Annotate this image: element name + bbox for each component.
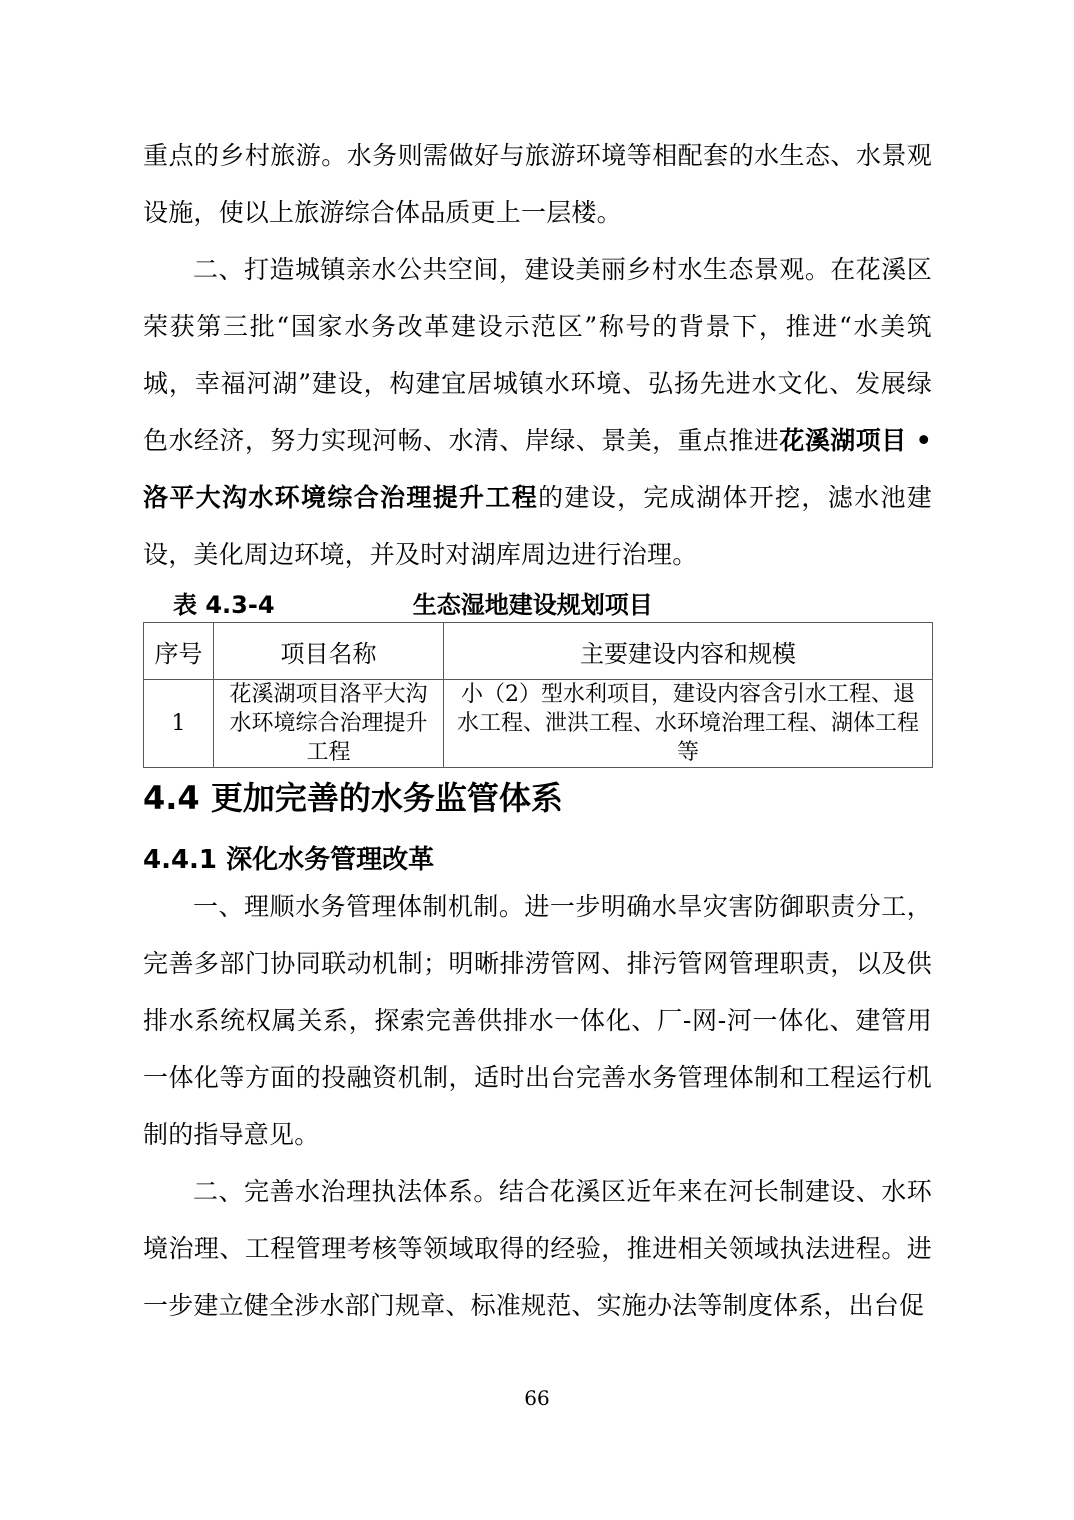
table-row: 1 花溪湖项目洛平大沟水环境综合治理提升工程 小（2）型水利项目，建设内容含引水…	[144, 680, 933, 768]
paragraph-2: 二、打造城镇亲水公共空间，建设美丽乡村水生态景观。在花溪区荣获第三批“国家水务改…	[143, 241, 932, 583]
paragraph-2-text-pre: 二、打造城镇亲水公共空间，建设美丽乡村水生态景观。在花溪区荣获第三批“国家水务改…	[143, 255, 932, 455]
col-header-project-name: 项目名称	[214, 623, 444, 680]
table-caption-title: 生态湿地建设规划项目	[413, 590, 653, 620]
page-content: 重点的乡村旅游。水务则需做好与旅游环境等相配套的水生态、水景观设施，使以上旅游综…	[143, 127, 932, 1334]
paragraph-4: 二、完善水治理执法体系。结合花溪区近年来在河长制建设、水环境治理、工程管理考核等…	[143, 1163, 932, 1334]
planning-projects-table: 序号 项目名称 主要建设内容和规模 1 花溪湖项目洛平大沟水环境综合治理提升工程…	[143, 622, 933, 768]
section-heading-4-4: 4.4 更加完善的水务监管体系	[143, 776, 932, 820]
cell-serial: 1	[144, 680, 214, 768]
cell-project-content: 小（2）型水利项目，建设内容含引水工程、退水工程、泄洪工程、水环境治理工程、湖体…	[444, 680, 933, 768]
table-header-row: 序号 项目名称 主要建设内容和规模	[144, 623, 933, 680]
cell-project-name: 花溪湖项目洛平大沟水环境综合治理提升工程	[214, 680, 444, 768]
page-number: 66	[0, 1385, 1074, 1411]
subsection-heading-4-4-1: 4.4.1 深化水务管理改革	[143, 842, 932, 878]
col-header-content-scale: 主要建设内容和规模	[444, 623, 933, 680]
paragraph-3: 一、理顺水务管理体制机制。进一步明确水旱灾害防御职责分工，完善多部门协同联动机制…	[143, 878, 932, 1163]
paragraph-continuation: 重点的乡村旅游。水务则需做好与旅游环境等相配套的水生态、水景观设施，使以上旅游综…	[143, 127, 932, 241]
col-header-serial: 序号	[144, 623, 214, 680]
table-caption: 表 4.3-4 生态湿地建设规划项目	[143, 590, 932, 620]
document-page: 重点的乡村旅游。水务则需做好与旅游环境等相配套的水生态、水景观设施，使以上旅游综…	[0, 0, 1074, 1520]
table-caption-label: 表 4.3-4	[173, 590, 275, 620]
